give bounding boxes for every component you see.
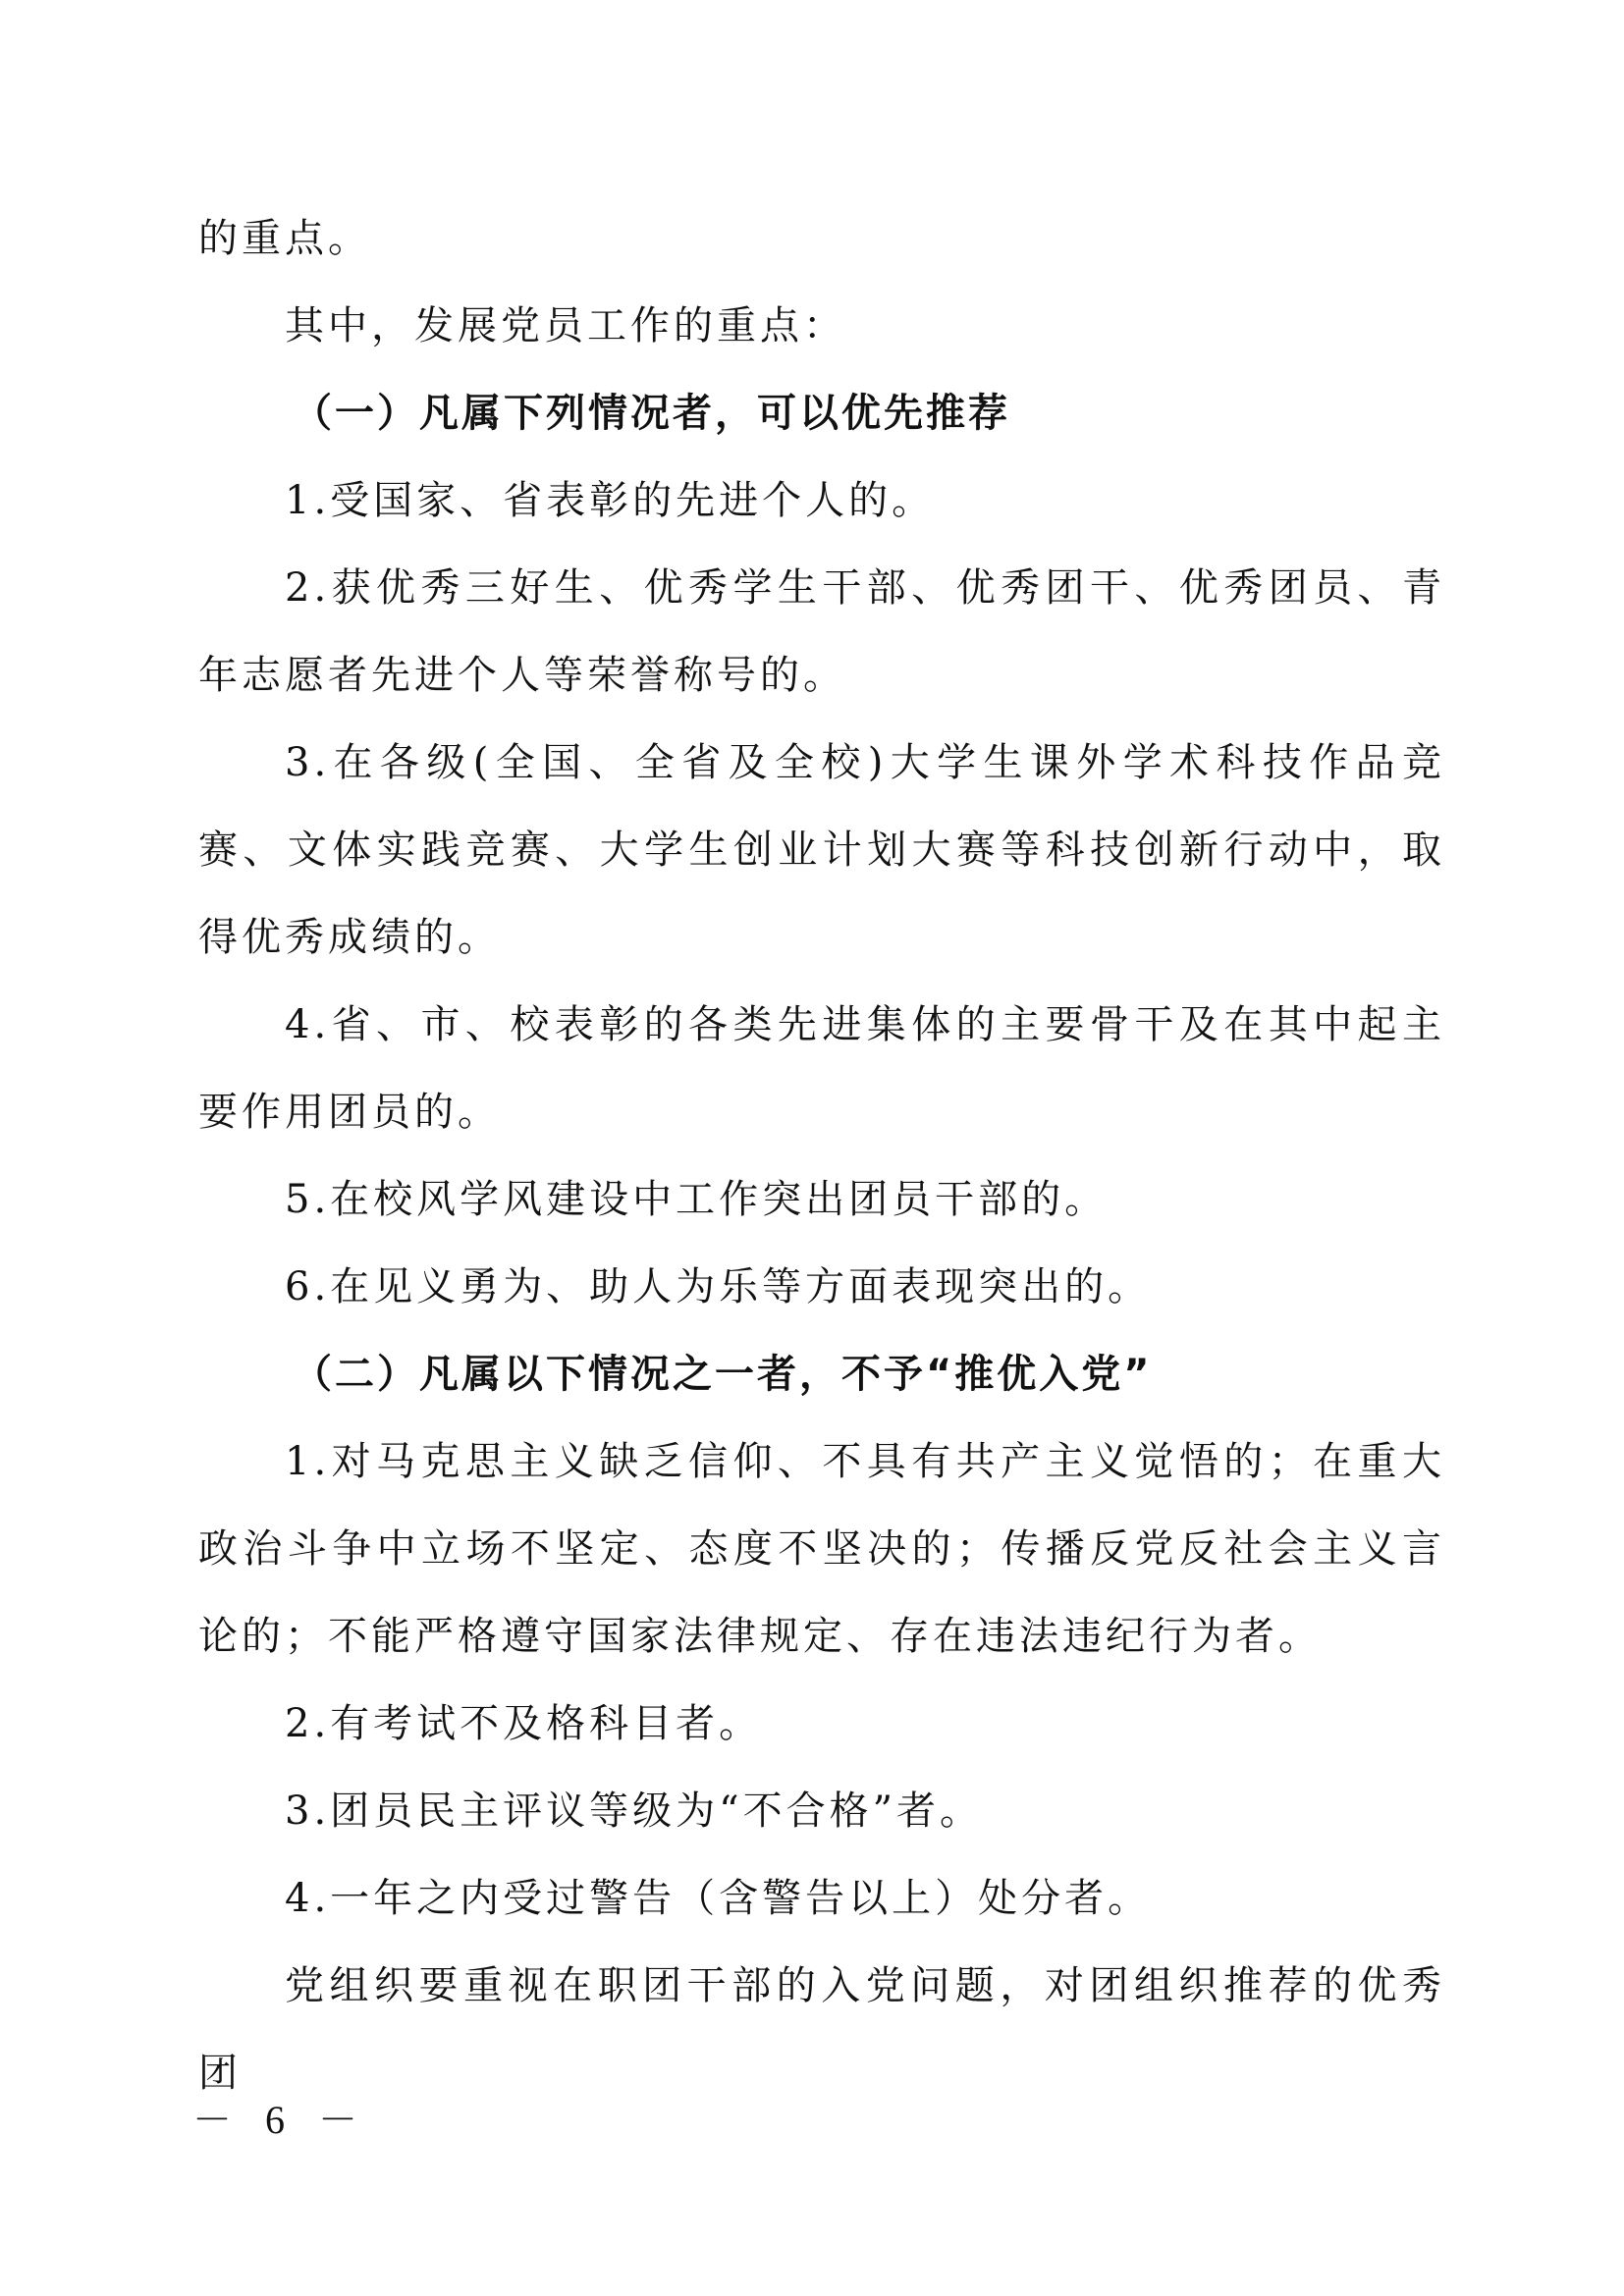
list-item: 2.获优秀三好生、优秀学生干部、优秀团干、优秀团员、青年志愿者先进个人等荣誉称号… — [198, 545, 1445, 720]
list-item: 4.省、市、校表彰的各类先进集体的主要骨干及在其中起主要作用团员的。 — [198, 982, 1445, 1156]
list-item: 6.在见义勇为、助人为乐等方面表现突出的。 — [198, 1244, 1445, 1331]
list-item: 3.团员民主评议等级为“不合格”者。 — [198, 1768, 1445, 1855]
paragraph-intro: 其中，发展党员工作的重点： — [198, 283, 1445, 370]
section-heading-priority: （一）凡属下列情况者，可以优先推荐 — [198, 370, 1445, 457]
paragraph-continuation: 的重点。 — [198, 195, 1445, 283]
document-page: 的重点。 其中，发展党员工作的重点： （一）凡属下列情况者，可以优先推荐 1.受… — [0, 0, 1624, 2296]
document-body: 的重点。 其中，发展党员工作的重点： （一）凡属下列情况者，可以优先推荐 1.受… — [198, 195, 1445, 2117]
page-number: － 6 － — [192, 2089, 369, 2145]
list-item: 3.在各级(全国、全省及全校)大学生课外学术科技作品竞赛、文体实践竞赛、大学生创… — [198, 720, 1445, 982]
list-item: 1.受国家、省表彰的先进个人的。 — [198, 457, 1445, 545]
section-heading-exclusion: （二）凡属以下情况之一者，不予“推优入党” — [198, 1331, 1445, 1418]
list-item: 1.对马克思主义缺乏信仰、不具有共产主义觉悟的；在重大政治斗争中立场不坚定、态度… — [198, 1418, 1445, 1681]
list-item: 2.有考试不及格科目者。 — [198, 1681, 1445, 1768]
paragraph-closing: 党组织要重视在职团干部的入党问题，对团组织推荐的优秀团 — [198, 1943, 1445, 2117]
list-item: 4.一年之内受过警告（含警告以上）处分者。 — [198, 1855, 1445, 1943]
list-item: 5.在校风学风建设中工作突出团员干部的。 — [198, 1156, 1445, 1244]
